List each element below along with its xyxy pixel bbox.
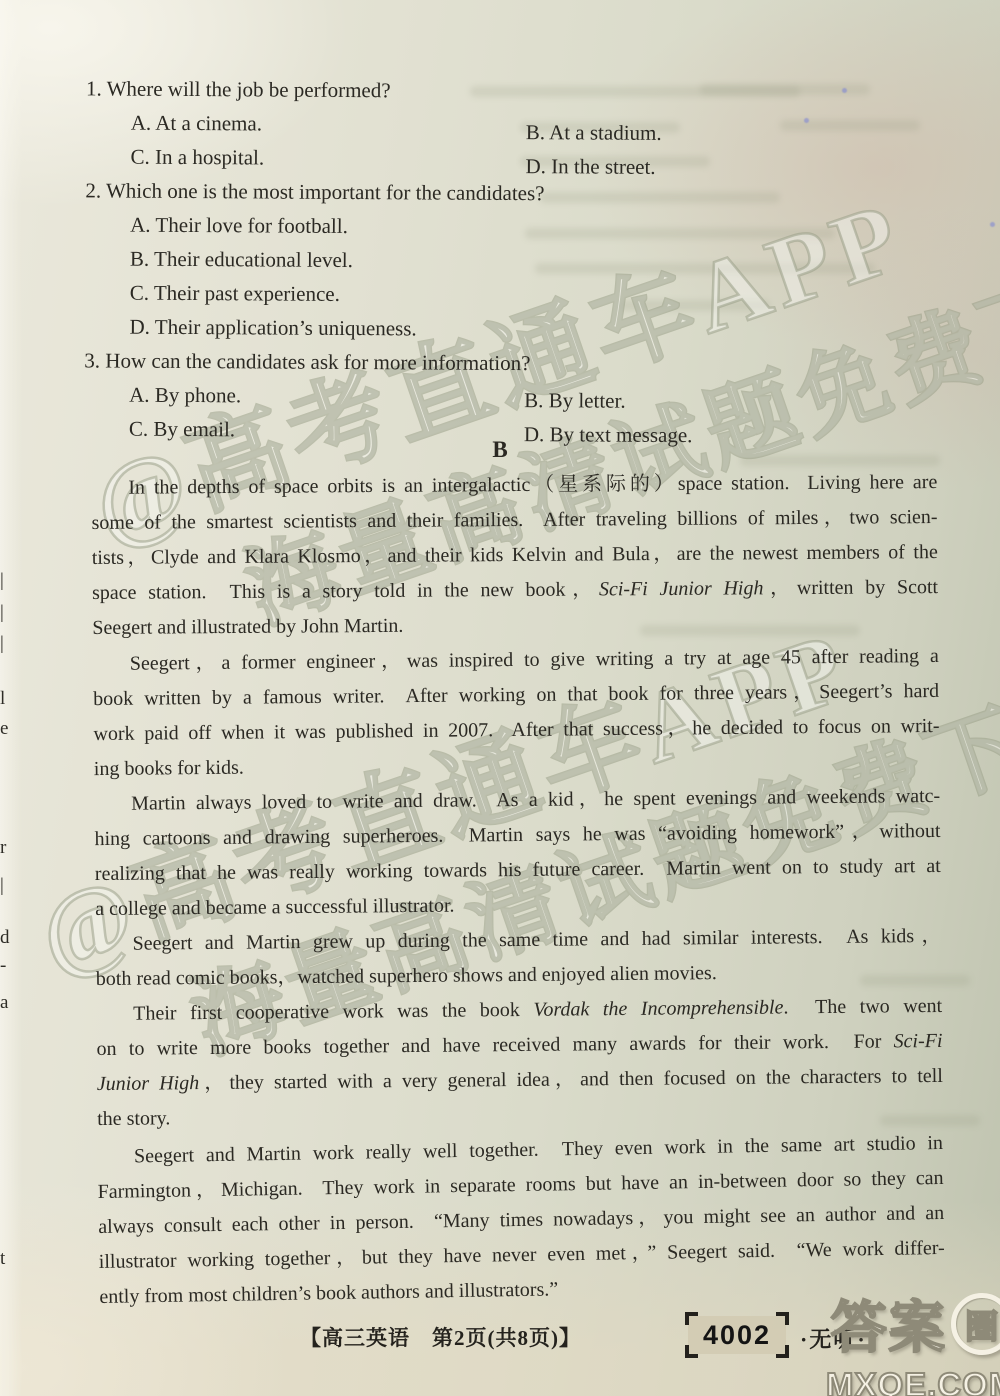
- reading-passage-b: In the depths of space orbits is an inte…: [91, 464, 945, 1312]
- option-label: A. At a cinema.: [131, 111, 262, 136]
- question-3-stem: 3. How can the candidates ask for more i…: [84, 343, 947, 382]
- book-title-italic: Vordak the Incomprehensible: [533, 996, 783, 1020]
- paper-code: 4002: [703, 1320, 771, 1351]
- passage-line: In the depths of space orbits is an inte…: [91, 465, 937, 506]
- corner-mark: [685, 1345, 698, 1358]
- passage-text-segment: . The two went: [783, 995, 942, 1019]
- option-label: A. Their love for football.: [130, 213, 348, 238]
- edge-fragment: l: [0, 688, 5, 710]
- question-3-options-row: A. By phone. B. By letter.: [77, 377, 947, 416]
- passage-paragraph: Seegert and Martin work really well toge…: [97, 1126, 946, 1315]
- passage-paragraph: Seegert and Martin grew up during the sa…: [95, 919, 942, 997]
- option-label: B. By letter.: [524, 383, 626, 418]
- passage-section-label: B: [0, 437, 1000, 463]
- passage-paragraph: Martin always loved to write and draw. A…: [94, 779, 941, 927]
- option-label: C. Their past experience.: [130, 281, 340, 306]
- brand-site-url: MXQE.COM: [826, 1366, 1000, 1396]
- edge-fragment: t: [0, 1248, 5, 1270]
- book-title-italic: Sci-Fi Junior High: [599, 577, 764, 600]
- question-1-options-row: A. At a cinema. B. At a stadium.: [79, 105, 949, 144]
- question-1-options-row: C. In a hospital. D. In the street.: [78, 139, 948, 178]
- option-label: D. Their application’s uniqueness.: [129, 315, 416, 341]
- question-2-options-row: D. Their application’s uniqueness.: [77, 309, 947, 348]
- passage-paragraph: Seegert，a former engineer，was inspired t…: [93, 639, 940, 787]
- edge-fragment: r: [0, 837, 6, 859]
- option-label: A. By phone.: [129, 383, 241, 408]
- brand-circle-icon: 圈: [951, 1293, 1000, 1355]
- listening-questions: 1. Where will the job be performed? A. A…: [77, 59, 949, 450]
- edge-fragment: -: [0, 955, 6, 977]
- scanned-exam-page: @高考直通车APP 海量高清试题免费下载 @高考直通车APP 海量高清试题免费下…: [0, 0, 1000, 1396]
- passage-text-segment: on to write more books together and have…: [96, 1030, 893, 1060]
- brand-name-text: 答案: [831, 1284, 947, 1364]
- passage-text-segment: space station. This is a story told in t…: [92, 578, 599, 604]
- question-2-options-row: B. Their educational level.: [78, 241, 948, 280]
- passage-line: some of the smartest scientists and thei…: [91, 500, 937, 541]
- edge-fragment: |: [0, 633, 4, 655]
- question-2-options-row: A. Their love for football.: [78, 207, 948, 246]
- question-1-stem: 1. Where will the job be performed?: [86, 71, 949, 110]
- passage-text-segment: ，they started with a very general idea，a…: [199, 1065, 943, 1094]
- edge-fragment: |: [0, 875, 4, 897]
- book-title-italic: Sci-Fi: [894, 1030, 943, 1052]
- option-label: C. In a hospital.: [131, 145, 265, 170]
- edge-fragment: |: [0, 602, 4, 624]
- question-2-options-row: C. Their past experience.: [78, 275, 948, 314]
- book-title-italic: Junior High: [97, 1072, 200, 1095]
- corner-mark: [776, 1345, 789, 1358]
- edge-fragment: e: [0, 718, 8, 740]
- brand-circle-char: 圈: [965, 1301, 998, 1348]
- edge-fragment: |: [0, 570, 4, 592]
- edge-fragment: a: [0, 992, 8, 1014]
- paper-code-box: 4002: [688, 1316, 786, 1354]
- passage-line: tists，Clyde and Klara Klosmo，and their k…: [92, 535, 938, 576]
- corner-mark: [685, 1312, 698, 1325]
- passage-line: Seegert and illustrated by John Martin.: [92, 605, 938, 646]
- ink-speck: [990, 222, 995, 227]
- footer-page-info: 【高三英语 第2页(共8页)】: [300, 1322, 581, 1352]
- option-label: D. In the street.: [525, 149, 655, 184]
- passage-line: space station. This is a story told in t…: [92, 570, 938, 611]
- option-label: B. Their educational level.: [130, 247, 353, 272]
- passage-text-segment: Their first cooperative work was the boo…: [133, 999, 533, 1025]
- edge-fragment: d: [0, 927, 10, 949]
- question-2-stem: 2. Which one is the most important for t…: [85, 173, 948, 212]
- passage-paragraph: In the depths of space orbits is an inte…: [91, 465, 938, 646]
- answer-site-logo: 答案 圈 MXQE.COM: [826, 1284, 1000, 1396]
- corner-mark: [776, 1312, 789, 1325]
- passage-text-segment: ，written by Scott: [763, 576, 938, 599]
- passage-paragraph: Their first cooperative work was the boo…: [96, 989, 943, 1137]
